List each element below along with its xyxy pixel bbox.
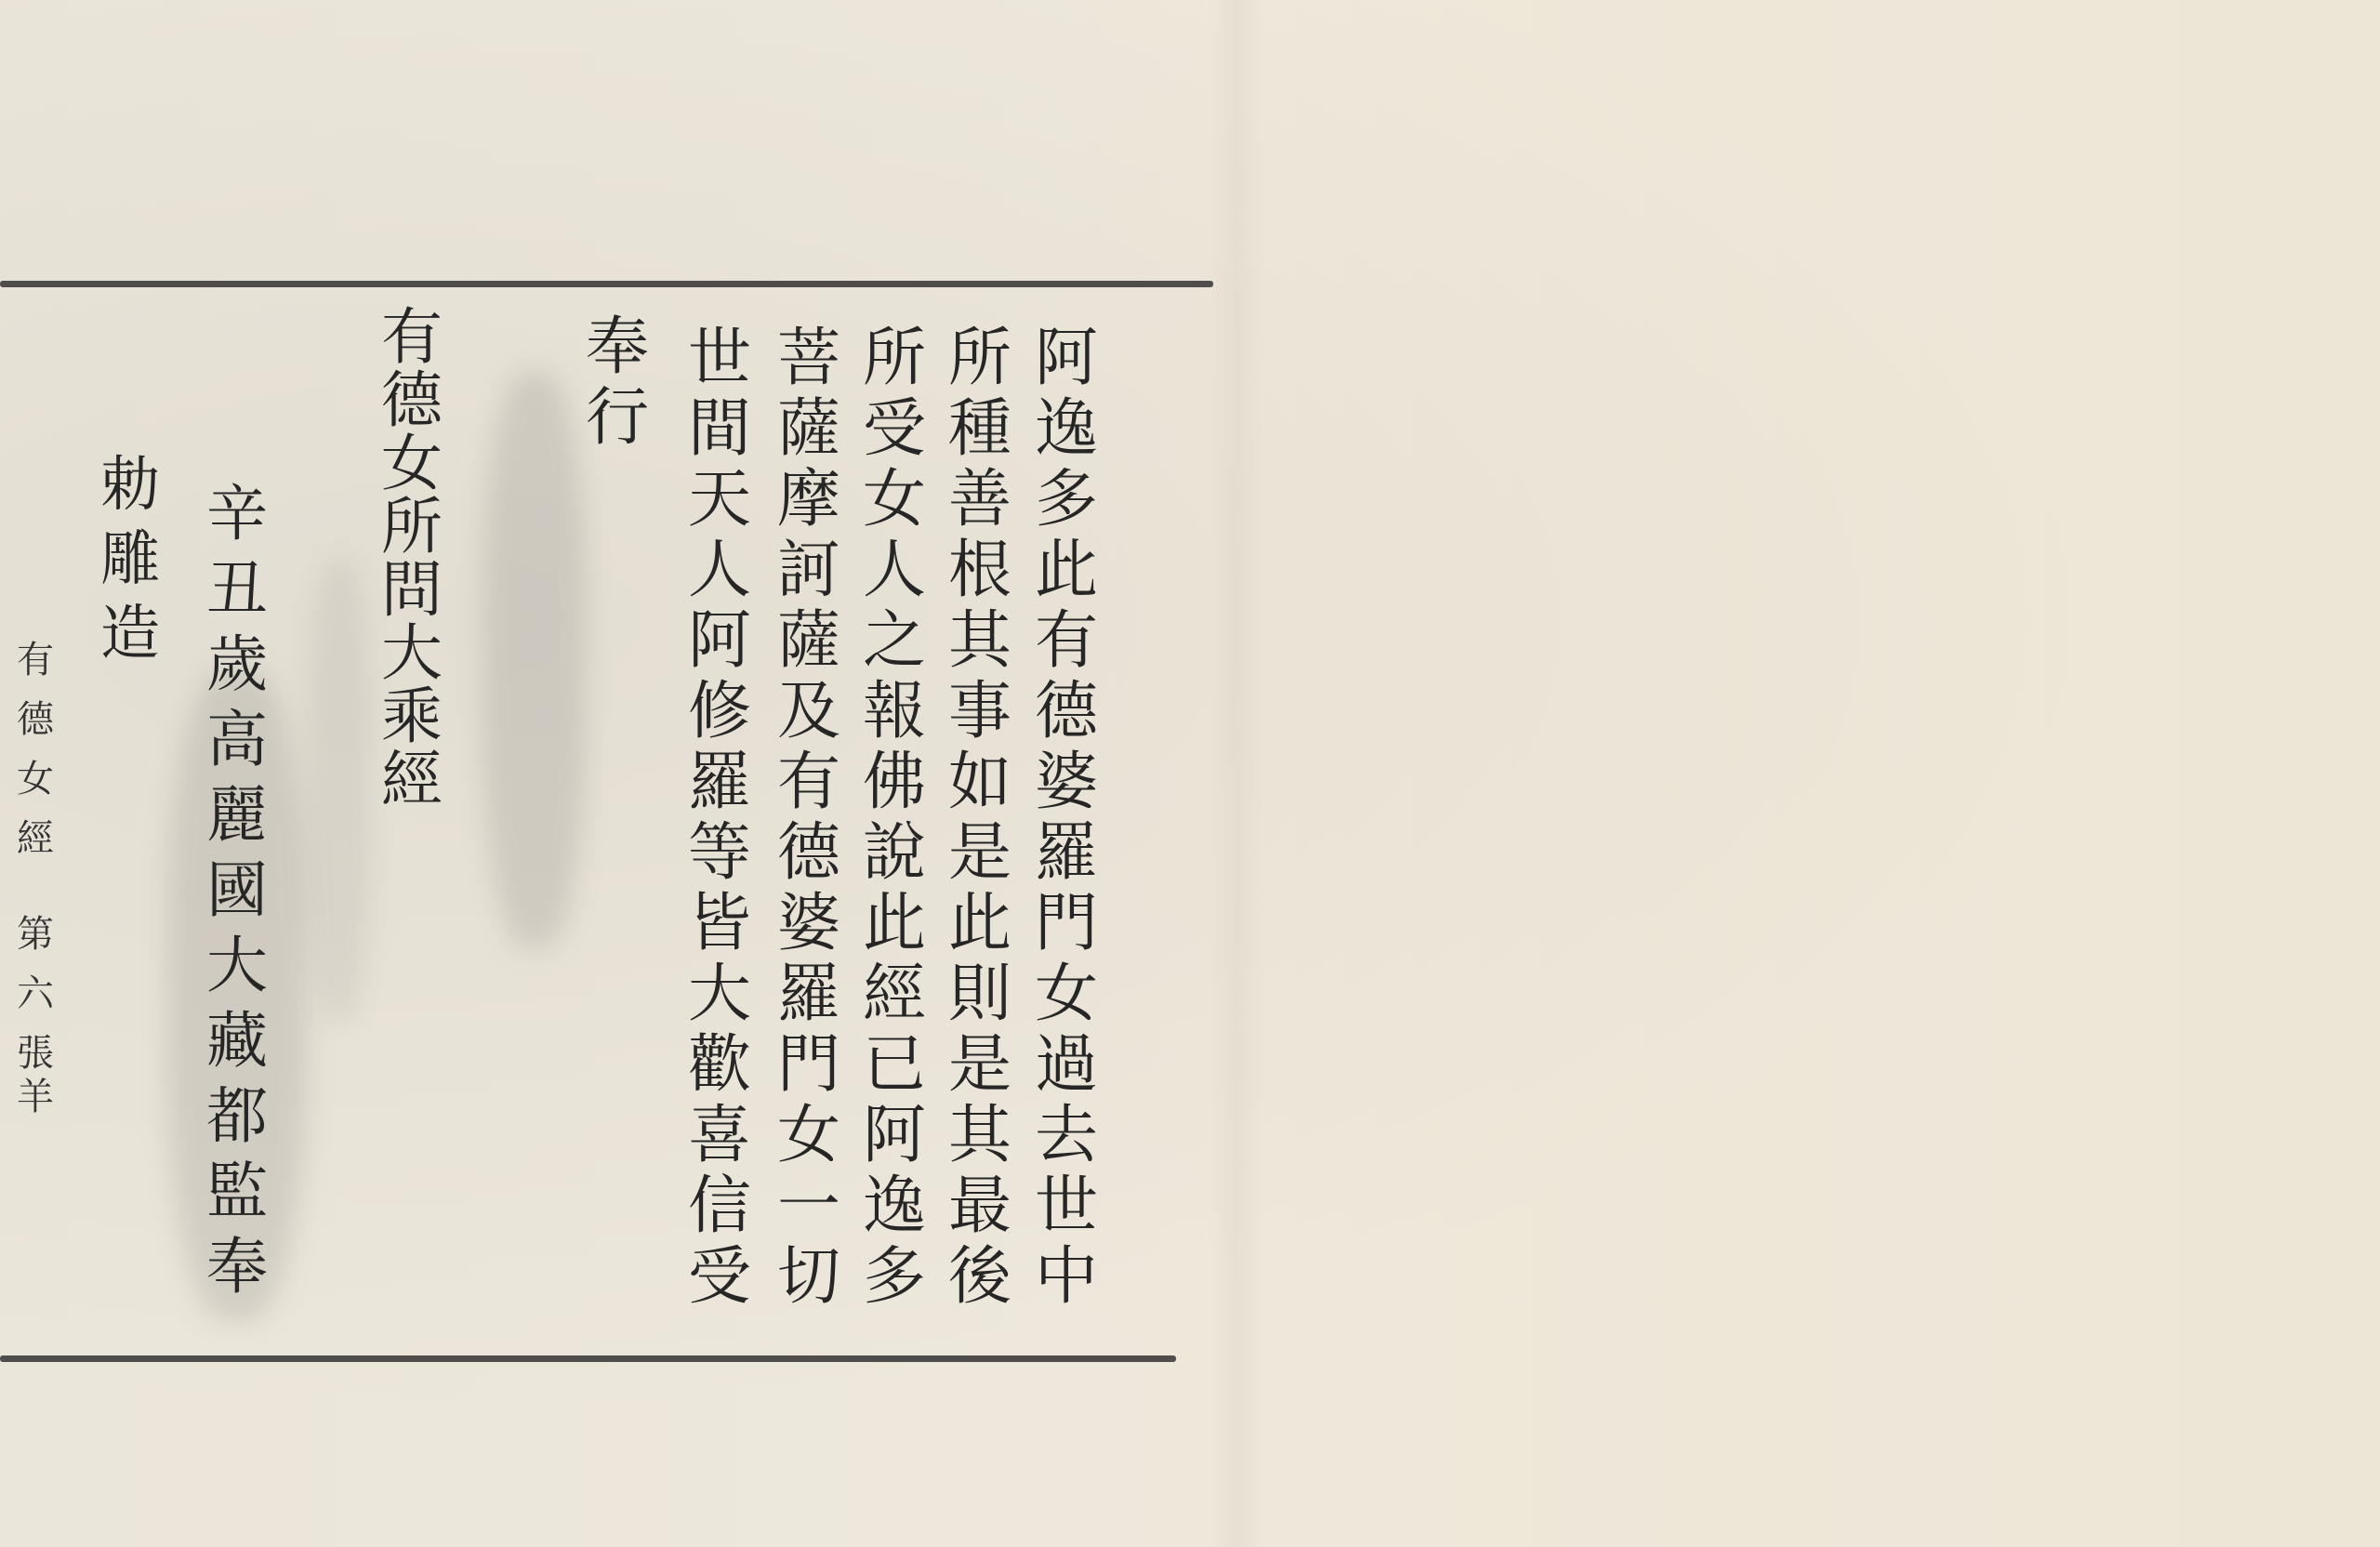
glyph: 女 — [381, 433, 443, 496]
glyph: 善 — [948, 469, 1011, 539]
glyph: 此 — [863, 892, 926, 963]
ink-smudge — [483, 372, 586, 948]
glyph: 造 — [100, 604, 160, 679]
glyph: 歲 — [206, 634, 268, 709]
glyph: 德 — [381, 370, 443, 433]
colophon-line-2: 勅雕造 — [100, 456, 160, 679]
glyph: 過 — [1035, 1034, 1098, 1104]
glyph: 德 — [777, 822, 840, 892]
glyph: 阿 — [1035, 327, 1098, 398]
glyph: 已 — [863, 1034, 926, 1104]
glyph: 經 — [863, 963, 926, 1034]
glyph: 經 — [381, 749, 443, 813]
glyph: 喜 — [688, 1104, 751, 1175]
ink-smudge — [307, 558, 372, 1023]
glyph: 根 — [948, 539, 1011, 610]
top-border-line — [0, 281, 1213, 287]
glyph: 中 — [1035, 1246, 1098, 1316]
bottom-border-line — [0, 1355, 1176, 1362]
glyph: 修 — [688, 681, 751, 751]
glyph: 種 — [948, 398, 1011, 469]
margin-sutra-title: 有德女經 — [17, 641, 54, 879]
glyph: 有 — [1035, 610, 1098, 681]
glyph: 大 — [206, 935, 268, 1011]
glyph: 所 — [948, 327, 1011, 398]
glyph: 人 — [688, 539, 751, 610]
glyph: 羅 — [777, 963, 840, 1034]
glyph: 逸 — [863, 1175, 926, 1246]
glyph: 婆 — [1035, 751, 1098, 822]
text-column-2: 所種善根其事如是此則是其最後 — [948, 327, 1011, 1316]
glyph: 去 — [1035, 1104, 1098, 1175]
glyph: 此 — [1035, 539, 1098, 610]
glyph: 佛 — [863, 751, 926, 822]
glyph: 一 — [777, 1175, 840, 1246]
closing-sutra-title: 有德女所問大乘經 — [381, 307, 443, 813]
glyph: 國 — [206, 860, 268, 935]
glyph: 大 — [688, 963, 751, 1034]
glyph: 世 — [1035, 1175, 1098, 1246]
glyph: 婆 — [777, 892, 840, 963]
glyph: 經 — [17, 820, 54, 879]
glyph: 羊 — [17, 1078, 54, 1138]
glyph: 後 — [948, 1246, 1011, 1316]
glyph: 有 — [381, 307, 443, 370]
glyph: 皆 — [688, 892, 751, 963]
glyph: 辛 — [206, 483, 268, 559]
glyph: 都 — [206, 1086, 268, 1161]
glyph: 羅 — [688, 751, 751, 822]
glyph: 第 — [17, 916, 54, 975]
glyph: 事 — [948, 681, 1011, 751]
glyph: 逸 — [1035, 398, 1098, 469]
glyph: 門 — [1035, 892, 1098, 963]
glyph: 歡 — [688, 1034, 751, 1104]
glyph: 薩 — [777, 398, 840, 469]
glyph: 世 — [688, 327, 751, 398]
glyph: 有 — [17, 641, 54, 701]
text-column-3: 所受女人之報佛說此經已阿逸多 — [863, 327, 926, 1316]
glyph: 薩 — [777, 610, 840, 681]
glyph: 間 — [688, 398, 751, 469]
glyph: 丑 — [206, 559, 268, 634]
glyph: 高 — [206, 709, 268, 785]
glyph: 阿 — [688, 610, 751, 681]
glyph: 雕 — [100, 530, 160, 604]
glyph: 監 — [206, 1161, 268, 1236]
glyph: 信 — [688, 1175, 751, 1246]
glyph: 此 — [948, 892, 1011, 963]
glyph: 羅 — [1035, 822, 1098, 892]
margin-sheet-number: 第六張 — [17, 916, 54, 1094]
glyph: 有 — [777, 751, 840, 822]
margin-case-mark: 羊 — [17, 1078, 54, 1138]
glyph: 其 — [948, 1104, 1011, 1175]
text-column-6: 奉行 — [586, 316, 649, 457]
text-column-4: 菩薩摩訶薩及有德婆羅門女一切 — [777, 327, 840, 1316]
glyph: 勅 — [100, 456, 160, 530]
glyph: 問 — [381, 560, 443, 623]
glyph: 天 — [688, 469, 751, 539]
glyph: 行 — [586, 387, 649, 457]
glyph: 女 — [17, 760, 54, 820]
glyph: 菩 — [777, 327, 840, 398]
glyph: 等 — [688, 822, 751, 892]
glyph: 女 — [863, 469, 926, 539]
glyph: 乘 — [381, 686, 443, 749]
glyph: 及 — [777, 681, 840, 751]
colophon-line-1: 辛丑歲高麗國大藏都監奉 — [206, 483, 268, 1312]
glyph: 德 — [1035, 681, 1098, 751]
page-fold — [1209, 0, 1264, 1547]
glyph: 摩 — [777, 469, 840, 539]
glyph: 奉 — [586, 316, 649, 387]
glyph: 大 — [381, 623, 443, 686]
glyph: 如 — [948, 751, 1011, 822]
glyph: 受 — [688, 1246, 751, 1316]
glyph: 訶 — [777, 539, 840, 610]
glyph: 說 — [863, 822, 926, 892]
glyph: 受 — [863, 398, 926, 469]
glyph: 女 — [1035, 963, 1098, 1034]
text-column-5: 世間天人阿修羅等皆大歡喜信受 — [688, 327, 751, 1316]
glyph: 報 — [863, 681, 926, 751]
glyph: 多 — [1035, 469, 1098, 539]
glyph: 阿 — [863, 1104, 926, 1175]
glyph: 則 — [948, 963, 1011, 1034]
glyph: 切 — [777, 1246, 840, 1316]
text-column-1: 阿逸多此有德婆羅門女過去世中 — [1035, 327, 1098, 1316]
glyph: 多 — [863, 1246, 926, 1316]
glyph: 最 — [948, 1175, 1011, 1246]
glyph: 女 — [777, 1104, 840, 1175]
glyph: 是 — [948, 1034, 1011, 1104]
glyph: 人 — [863, 539, 926, 610]
glyph: 麗 — [206, 785, 268, 860]
glyph: 藏 — [206, 1011, 268, 1086]
glyph: 其 — [948, 610, 1011, 681]
glyph: 是 — [948, 822, 1011, 892]
glyph: 門 — [777, 1034, 840, 1104]
glyph: 所 — [381, 496, 443, 560]
glyph: 之 — [863, 610, 926, 681]
glyph: 所 — [863, 327, 926, 398]
glyph: 德 — [17, 701, 54, 760]
glyph: 六 — [17, 975, 54, 1035]
glyph: 奉 — [206, 1236, 268, 1312]
